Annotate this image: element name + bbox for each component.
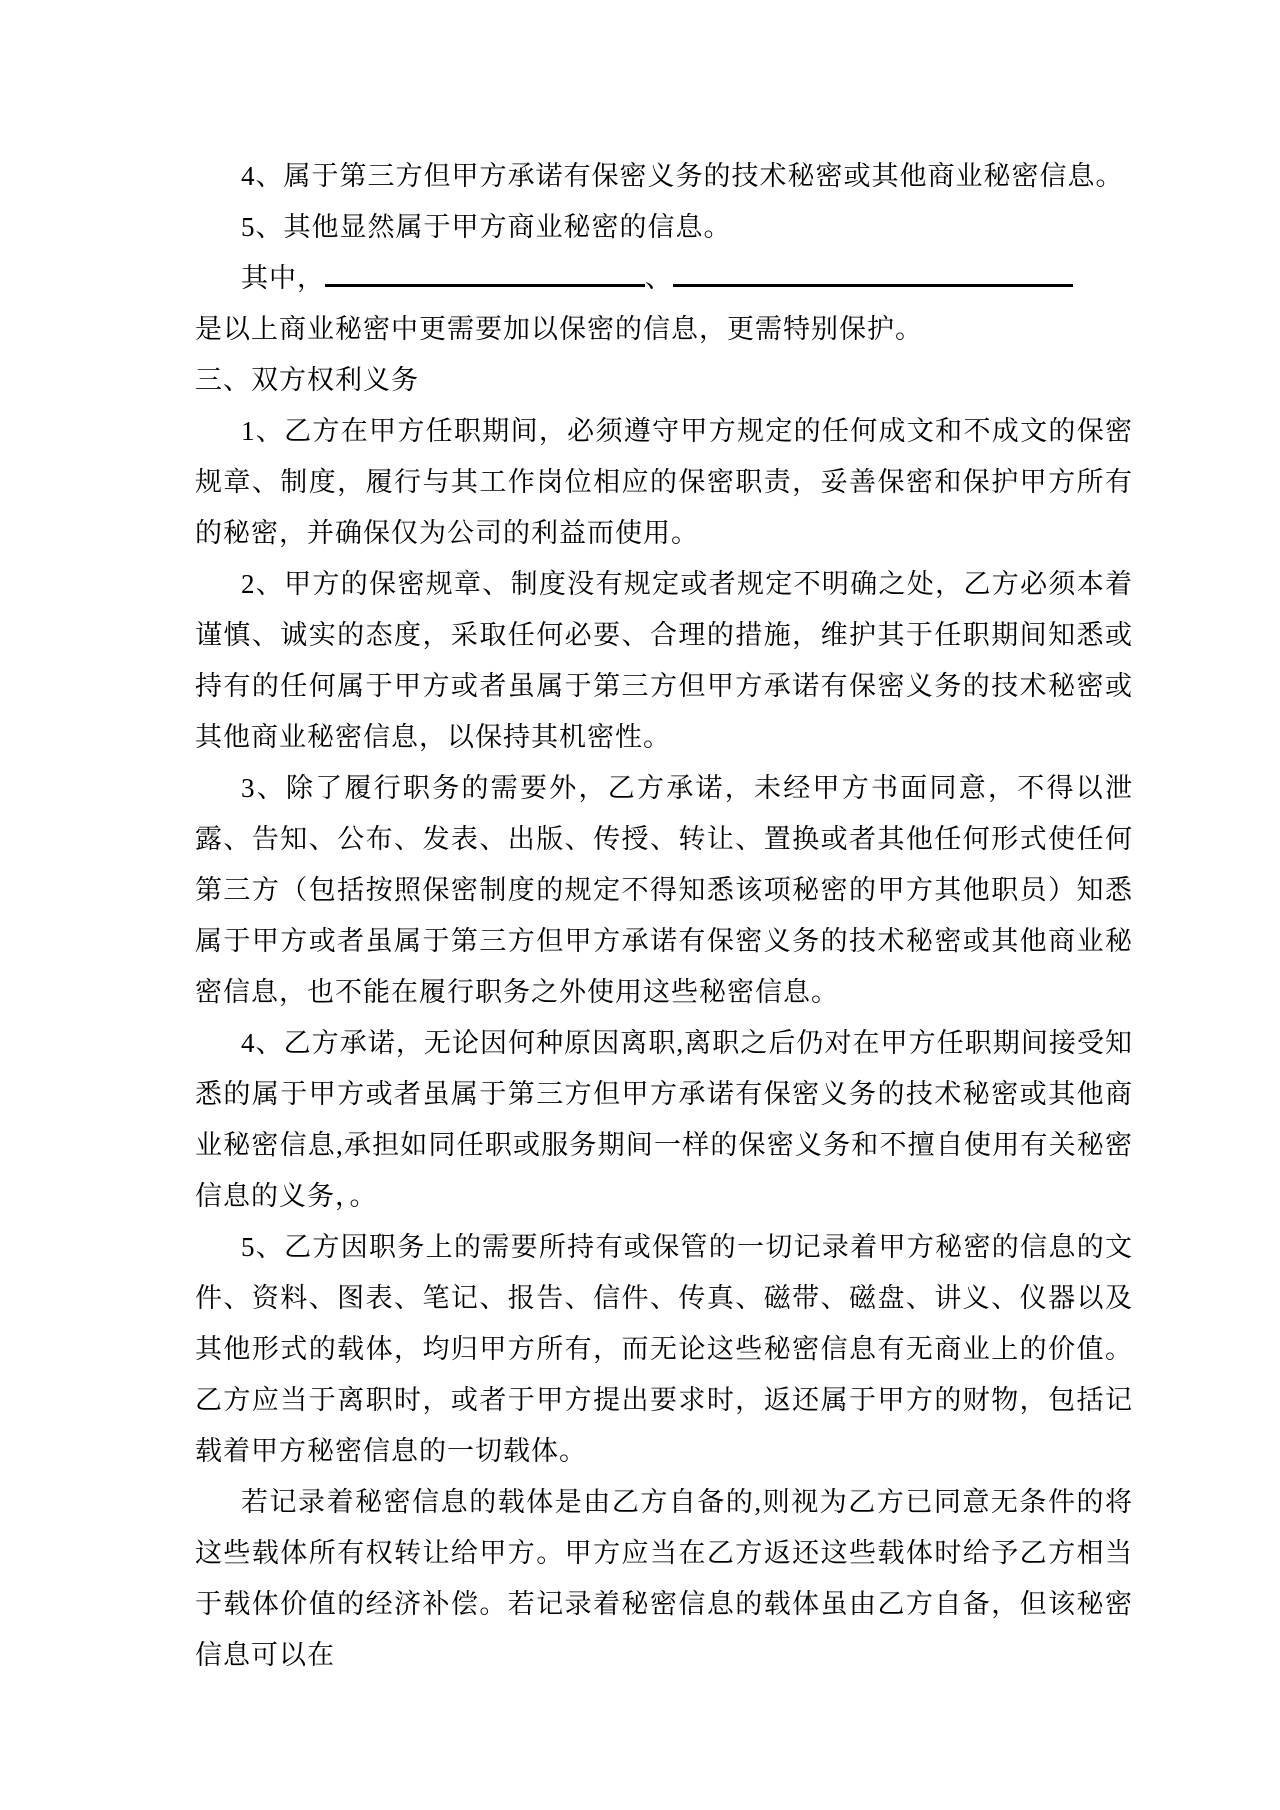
clause-paragraph-4: 4、乙方承诺，无论因何种原因离职,离职之后仍对在甲方任职期间接受知悉的属于甲方或… [195, 1018, 1133, 1222]
fill-in-prefix: 其中， [241, 263, 325, 293]
blank-field-2[interactable] [673, 254, 1073, 287]
clause-paragraph-2: 2、甲方的保密规章、制度没有规定或者规定不明确之处，乙方必须本着谨慎、诚实的态度… [195, 559, 1133, 763]
blank-field-1[interactable] [325, 254, 645, 287]
clause-paragraph-3: 3、除了履行职务的需要外，乙方承诺，未经甲方书面同意，不得以泄露、告知、公布、发… [195, 763, 1133, 1018]
fill-in-separator: 、 [645, 263, 673, 293]
fill-in-line: 其中，、 [195, 253, 1133, 304]
document-page: 4、属于第三方但甲方承诺有保密义务的技术秘密或其他商业秘密信息。 5、其他显然属… [0, 0, 1280, 1810]
list-item-5: 5、其他显然属于甲方商业秘密的信息。 [195, 202, 1133, 253]
fill-in-followup: 是以上商业秘密中更需要加以保密的信息，更需特别保护。 [195, 304, 1133, 355]
carrier-compensation-paragraph: 若记录着秘密信息的载体是由乙方自备的,则视为乙方已同意无条件的将这些载体所有权转… [195, 1477, 1133, 1681]
list-item-4: 4、属于第三方但甲方承诺有保密义务的技术秘密或其他商业秘密信息。 [195, 151, 1133, 202]
clause-paragraph-1: 1、乙方在甲方任职期间，必须遵守甲方规定的任何成文和不成文的保密规章、制度，履行… [195, 406, 1133, 559]
clause-paragraph-5: 5、乙方因职务上的需要所持有或保管的一切记录着甲方秘密的信息的文件、资料、图表、… [195, 1222, 1133, 1477]
section-heading: 三、双方权利义务 [195, 355, 1133, 406]
